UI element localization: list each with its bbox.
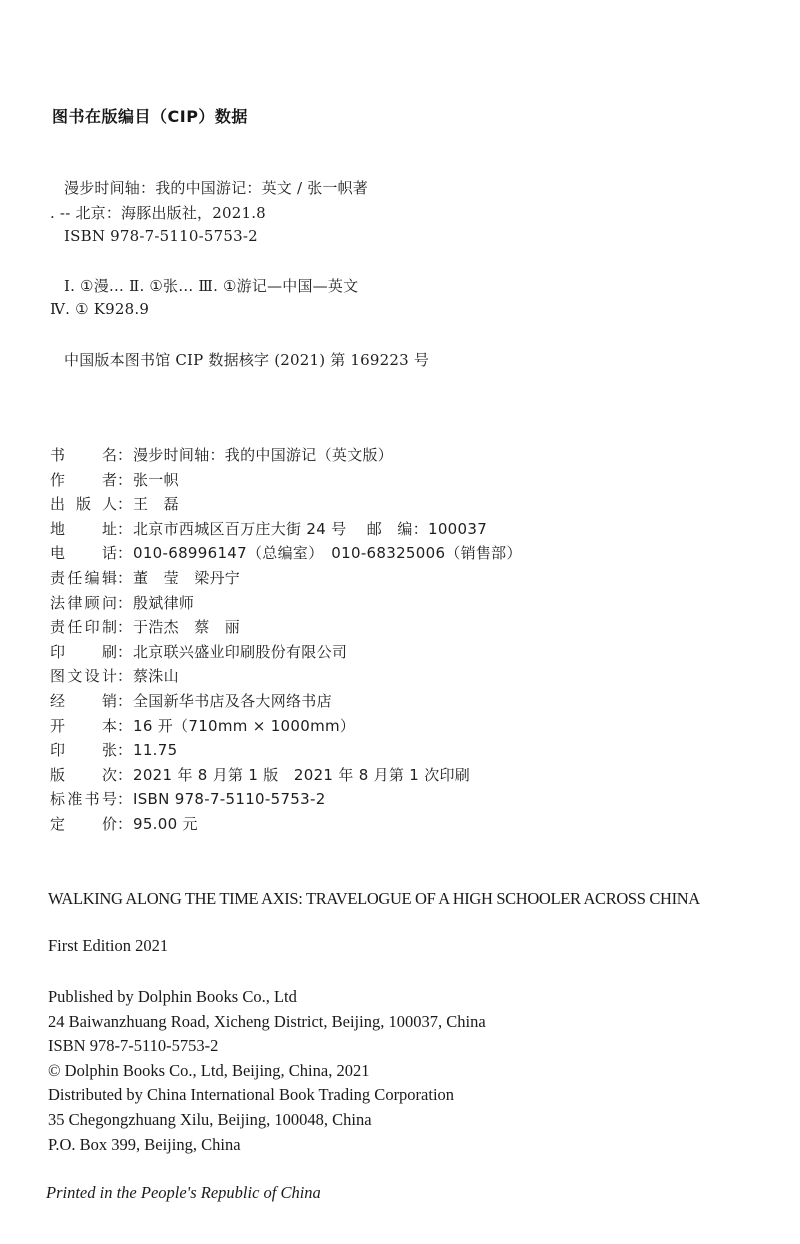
info-label: 法律顾问 [50, 591, 117, 616]
info-row-printer: 印刷 ： 北京联兴盛业印刷股份有限公司 [50, 640, 522, 665]
info-label: 作者 [50, 468, 117, 493]
info-value: 北京市西城区百万庄大街 24 号 邮 编：100037 [133, 517, 487, 542]
info-row-author: 作者 ： 张一帜 [50, 468, 522, 493]
info-row-editors: 责任编辑 ： 董 莹 梁丹宁 [50, 566, 522, 591]
info-value: 殷斌律师 [133, 591, 194, 616]
cip-approval-number: 中国版本图书馆 CIP 数据核字 (2021) 第 169223 号 [64, 349, 429, 370]
published-by-line: Published by Dolphin Books Co., Ltd [48, 985, 486, 1010]
info-label: 定价 [50, 812, 117, 837]
info-label: 电话 [50, 541, 117, 566]
info-value: 2021 年 8 月第 1 版 2021 年 8 月第 1 次印刷 [133, 763, 470, 788]
info-value: 漫步时间轴：我的中国游记（英文版） [133, 443, 393, 468]
info-label: 图文设计 [50, 664, 117, 689]
info-label: 地址 [50, 517, 117, 542]
copyright-line: © Dolphin Books Co., Ltd, Beijing, China… [48, 1059, 486, 1084]
info-label: 经销 [50, 689, 117, 714]
info-row-edition: 版次 ： 2021 年 8 月第 1 版 2021 年 8 月第 1 次印刷 [50, 763, 522, 788]
info-label: 标准书号 [50, 787, 117, 812]
info-row-price: 定价 ： 95.00 元 [50, 812, 522, 837]
info-row-phone: 电话 ： 010-68996147（总编室） 010-68325006（销售部） [50, 541, 522, 566]
info-row-address: 地址 ： 北京市西城区百万庄大街 24 号 邮 编：100037 [50, 517, 522, 542]
info-value: 董 莹 梁丹宁 [133, 566, 240, 591]
english-edition: First Edition 2021 [48, 936, 168, 956]
english-title: WALKING ALONG THE TIME AXIS: TRAVELOGUE … [48, 889, 700, 909]
info-label: 印刷 [50, 640, 117, 665]
info-label: 版次 [50, 763, 117, 788]
distributor-address-line: 35 Chegongzhuang Xilu, Beijing, 100048, … [48, 1108, 486, 1133]
info-row-design: 图文设计 ： 蔡洙山 [50, 664, 522, 689]
info-value: 于浩杰 蔡 丽 [133, 615, 240, 640]
distributed-by-line: Distributed by China International Book … [48, 1083, 486, 1108]
info-row-legal-counsel: 法律顾问 ： 殷斌律师 [50, 591, 522, 616]
info-value: 16 开（710mm × 1000mm） [133, 714, 355, 739]
info-value: 全国新华书店及各大网络书店 [133, 689, 332, 714]
cip-title-line: 漫步时间轴：我的中国游记：英文 / 张一帜著 [64, 177, 368, 198]
printed-in-china: Printed in the People's Republic of Chin… [46, 1183, 321, 1203]
info-row-distribution: 经销 ： 全国新华书店及各大网络书店 [50, 689, 522, 714]
cip-isbn-line: ISBN 978-7-5110-5753-2 [64, 227, 258, 245]
cip-publisher-line: . -- 北京：海豚出版社，2021.8 [50, 202, 266, 223]
info-value: ISBN 978-7-5110-5753-2 [133, 787, 326, 812]
info-value: 95.00 元 [133, 812, 198, 837]
isbn-line: ISBN 978-7-5110-5753-2 [48, 1034, 486, 1059]
info-row-print-supervisors: 责任印制 ： 于浩杰 蔡 丽 [50, 615, 522, 640]
info-label: 书名 [50, 443, 117, 468]
info-value: 张一帜 [133, 468, 179, 493]
info-value: 北京联兴盛业印刷股份有限公司 [133, 640, 347, 665]
cip-classification-line: Ⅰ. ①漫… Ⅱ. ①张… Ⅲ. ①游记—中国—英文 [64, 275, 358, 296]
english-publication-details: Published by Dolphin Books Co., Ltd 24 B… [48, 985, 486, 1157]
info-value: 010-68996147（总编室） 010-68325006（销售部） [133, 541, 522, 566]
info-row-sheets: 印张 ： 11.75 [50, 738, 522, 763]
info-label: 印张 [50, 738, 117, 763]
cip-heading: 图书在版编目（CIP）数据 [52, 104, 248, 127]
info-value: 11.75 [133, 738, 177, 763]
info-row-book-title: 书名 ： 漫步时间轴：我的中国游记（英文版） [50, 443, 522, 468]
info-value: 王 磊 [133, 492, 179, 517]
info-row-format: 开本 ： 16 开（710mm × 1000mm） [50, 714, 522, 739]
info-label: 责任印制 [50, 615, 117, 640]
info-row-isbn: 标准书号 ： ISBN 978-7-5110-5753-2 [50, 787, 522, 812]
info-label: 开本 [50, 714, 117, 739]
publication-info-table: 书名 ： 漫步时间轴：我的中国游记（英文版） 作者 ： 张一帜 出版人 ： 王 … [50, 443, 522, 837]
cip-classification-number: Ⅳ. ① K928.9 [50, 300, 149, 318]
info-value: 蔡洙山 [133, 664, 179, 689]
info-label: 出版人 [50, 492, 117, 517]
publisher-address-line: 24 Baiwanzhuang Road, Xicheng District, … [48, 1010, 486, 1035]
info-row-publisher: 出版人 ： 王 磊 [50, 492, 522, 517]
po-box-line: P.O. Box 399, Beijing, China [48, 1133, 486, 1158]
info-label: 责任编辑 [50, 566, 117, 591]
